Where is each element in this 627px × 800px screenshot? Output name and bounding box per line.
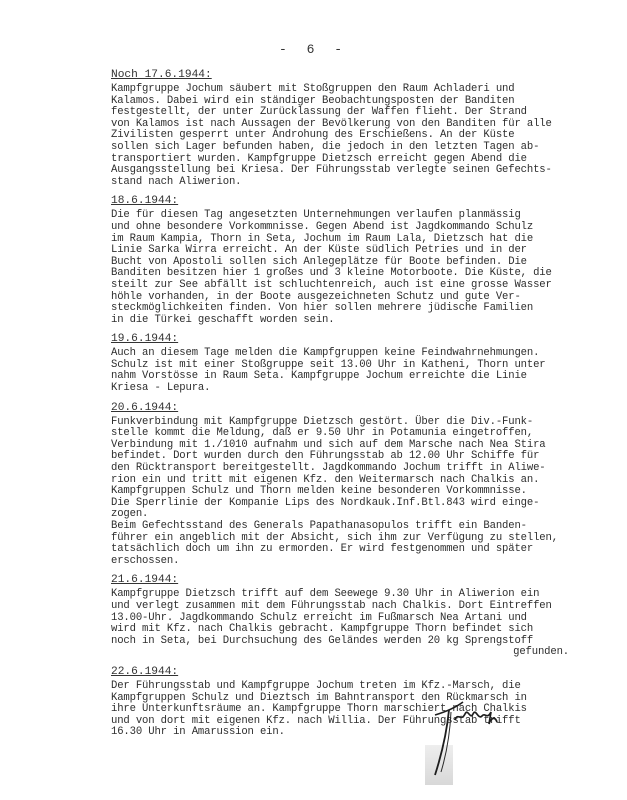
- entry-21-6-1944: 21.6.1944: Kampfgruppe Dietzsch trifft a…: [111, 573, 581, 659]
- entry-18-6-1944: 18.6.1944: Die für diesen Tag angesetzte…: [111, 194, 581, 326]
- text-line: den Rücktransport bereitgestellt. Jagdko…: [111, 463, 581, 475]
- entry-text: Kampfgruppe Jochum säubert mit Stoßgrupp…: [111, 84, 581, 188]
- text-line: steilt zur See abfällt ist schluchtenrei…: [111, 280, 581, 292]
- text-line: und ohne besondere Vorkommnisse. Gegen A…: [111, 222, 581, 234]
- entry-date: Noch 17.6.1944:: [111, 68, 581, 82]
- entry-text: Kampfgruppe Dietzsch trifft auf dem Seew…: [111, 589, 581, 659]
- entry-19-6-1944: 19.6.1944: Auch an diesem Tage melden di…: [111, 332, 581, 394]
- entry-date: 20.6.1944:: [111, 401, 581, 415]
- text-line: Ausgangsstellung bei Kriesa. Der Führung…: [111, 165, 581, 177]
- text-line: wird mit Kfz. nach Chalkis gebracht. Kam…: [111, 624, 581, 636]
- entry-date: 18.6.1944:: [111, 194, 581, 208]
- handwritten-signature: [425, 690, 515, 780]
- text-line: Die Sperrlinie der Kompanie Lips des Nor…: [111, 498, 581, 510]
- text-line: Kampfgruppe Jochum säubert mit Stoßgrupp…: [111, 84, 581, 96]
- text-line: erschossen.: [111, 556, 581, 568]
- text-line: Kriesa - Lepura.: [111, 383, 581, 395]
- text-line: sollen sich Lager befunden haben, die je…: [111, 142, 581, 154]
- text-line: in die Türkei geschafft worden sein.: [111, 315, 581, 327]
- entry-17-6-1944: Noch 17.6.1944: Kampfgruppe Jochum säube…: [111, 68, 581, 188]
- entry-20-6-1944: 20.6.1944: Funkverbindung mit Kampfgrupp…: [111, 401, 581, 568]
- text-line: noch in Seta, bei Durchsuchung des Gelän…: [111, 636, 581, 648]
- entry-text: Auch an diesem Tage melden die Kampfgrup…: [111, 348, 581, 394]
- document-body: Noch 17.6.1944: Kampfgruppe Jochum säube…: [111, 68, 581, 745]
- entry-date: 19.6.1944:: [111, 332, 581, 346]
- text-line: und verlegt zusammen mit dem Führungssta…: [111, 601, 581, 613]
- entry-date: 22.6.1944:: [111, 665, 581, 679]
- text-line: Beim Gefechtsstand des Generals Papathan…: [111, 521, 581, 533]
- text-line: stand nach Aliwerion.: [111, 177, 581, 189]
- entry-text: Funkverbindung mit Kampfgruppe Dietzsch …: [111, 417, 581, 568]
- entry-text: Die für diesen Tag angesetzten Unternehm…: [111, 210, 581, 326]
- entry-date: 21.6.1944:: [111, 573, 581, 587]
- text-line: Linie Sarka Wirra erreicht. An der Küste…: [111, 245, 581, 257]
- page-number: - 6 -: [0, 42, 627, 57]
- text-line: tatsächlich doch um ihn zu ermorden. Er …: [111, 544, 581, 556]
- text-line: steckmöglichkeiten finden. Von hier soll…: [111, 303, 581, 315]
- text-line: gefunden.: [111, 647, 581, 659]
